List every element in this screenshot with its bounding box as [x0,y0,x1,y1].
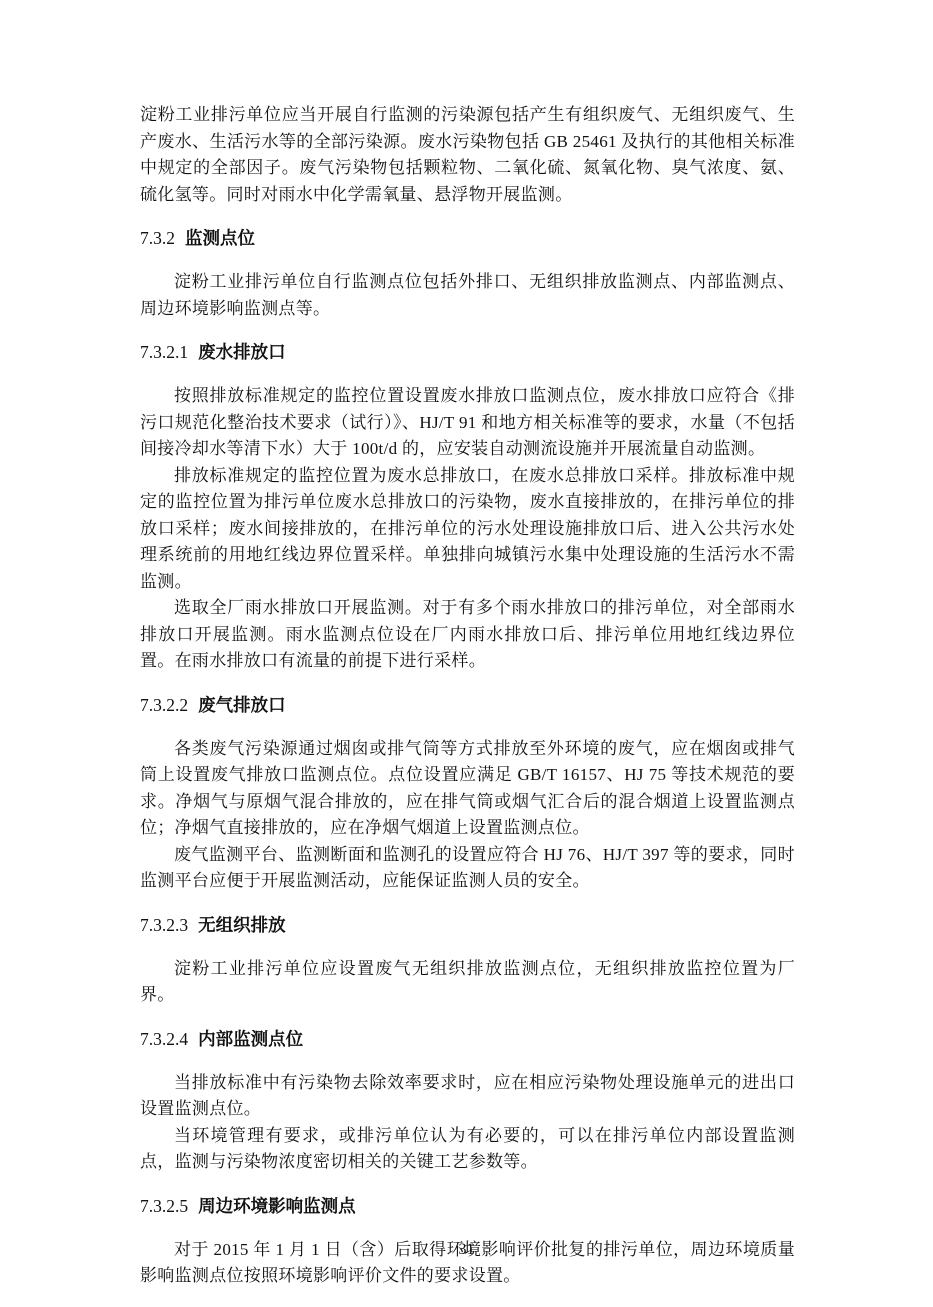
section-title: 废气排放口 [198,695,286,715]
body-paragraph: 废气监测平台、监测断面和监测孔的设置应符合 HJ 76、HJ/T 397 等的要… [140,842,795,895]
section-title: 监测点位 [185,228,255,248]
section-heading-7-3-2-3: 7.3.2.3无组织排放 [140,912,795,938]
section-heading-7-3-2-1: 7.3.2.1废水排放口 [140,339,795,365]
page-footer: 31 [0,1241,933,1259]
section-number: 7.3.2.1 [140,342,188,362]
body-paragraph: 选取全厂雨水排放口开展监测。对于有多个雨水排放口的排污单位，对全部雨水排放口开展… [140,595,795,675]
section-number: 7.3.2 [140,228,175,248]
intro-paragraph: 淀粉工业排污单位应当开展自行监测的污染源包括产生有组织废气、无组织废气、生产废水… [140,102,795,208]
body-paragraph: 按照排放标准规定的监控位置设置废水排放口监测点位，废水排放口应符合《排污口规范化… [140,383,795,463]
section-heading-7-3-2-5: 7.3.2.5周边环境影响监测点 [140,1193,795,1219]
section-title: 内部监测点位 [198,1029,303,1049]
section-number: 7.3.2.3 [140,915,188,935]
document-page: 淀粉工业排污单位应当开展自行监测的污染源包括产生有组织废气、无组织废气、生产废水… [0,0,933,1307]
section-title: 无组织排放 [198,915,286,935]
section-number: 7.3.2.5 [140,1196,188,1216]
section-number: 7.3.2.4 [140,1029,188,1049]
body-paragraph: 淀粉工业排污单位自行监测点位包括外排口、无组织排放监测点、内部监测点、周边环境影… [140,269,795,322]
section-title: 周边环境影响监测点 [198,1196,356,1216]
section-heading-7-3-2-2: 7.3.2.2废气排放口 [140,692,795,718]
section-title: 废水排放口 [198,342,286,362]
body-paragraph: 淀粉工业排污单位应设置废气无组织排放监测点位，无组织排放监控位置为厂界。 [140,956,795,1009]
section-heading-7-3-2: 7.3.2监测点位 [140,225,795,251]
body-paragraph: 当环境管理有要求，或排污单位认为有必要的，可以在排污单位内部设置监测点，监测与污… [140,1123,795,1176]
section-number: 7.3.2.2 [140,695,188,715]
body-paragraph: 排放标准规定的监控位置为废水总排放口，在废水总排放口采样。排放标准中规定的监控位… [140,463,795,596]
body-paragraph: 各类废气污染源通过烟囱或排气筒等方式排放至外环境的废气，应在烟囱或排气筒上设置废… [140,736,795,842]
page-number: 31 [459,1241,475,1258]
body-paragraph: 当排放标准中有污染物去除效率要求时，应在相应污染物处理设施单元的进出口设置监测点… [140,1070,795,1123]
section-heading-7-3-2-4: 7.3.2.4内部监测点位 [140,1026,795,1052]
